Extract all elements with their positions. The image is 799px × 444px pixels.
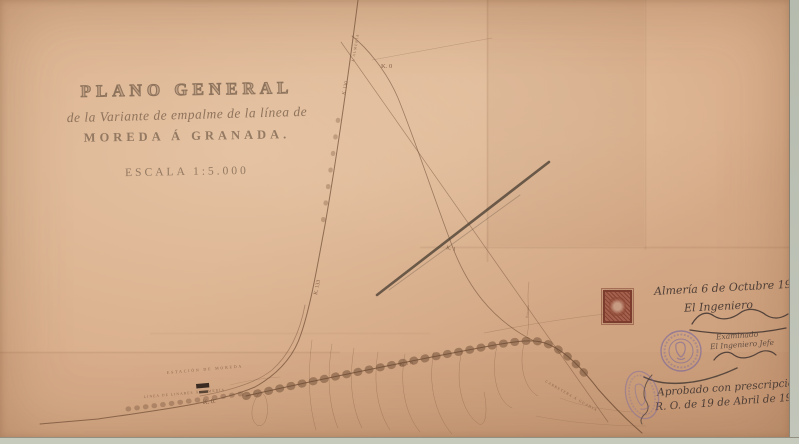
connection-curve: [352, 36, 534, 341]
label-station-moreda: ESTACIÓN DE MOREDA: [167, 363, 244, 375]
scan-edge-right: [789, 0, 799, 444]
plan-paper-sheet: K. 0 Á ALMERÍA K. 130 K. 133 K. 1 K. 1 ½…: [0, 0, 790, 438]
plan-title: PLANO GENERAL: [62, 78, 312, 102]
revenue-stamp-center: [609, 297, 626, 316]
plan-route-title: MOREDA Á GRANADA.: [62, 127, 312, 146]
revenue-stamp: [603, 290, 632, 323]
label-stream: Barranco: [525, 305, 530, 318]
plan-subtitle: de la Variante de empalme de la línea de: [62, 104, 312, 127]
label-km0-station: K. 0.: [203, 398, 217, 406]
label-km130: K. 130: [342, 81, 350, 96]
faint-line-east: [484, 313, 615, 333]
pencil-stroke-heavy: [377, 162, 549, 295]
label-road-guadix: CARRETERA Á GUADIX: [545, 379, 599, 413]
label-km1: K. 1: [446, 245, 457, 253]
label-km0-top: K. 0: [381, 63, 392, 70]
title-block: PLANO GENERAL de la Variante de empalme …: [62, 80, 312, 178]
railway-tick-marks-upper: [322, 120, 338, 228]
map-canvas: K. 0 Á ALMERÍA K. 130 K. 133 K. 1 K. 1 ½…: [0, 0, 799, 444]
scale-label: ESCALA 1:5.000: [62, 164, 312, 180]
faint-diagonal-top: [372, 38, 492, 60]
scanned-plan-document: K. 0 Á ALMERÍA K. 130 K. 133 K. 1 K. 1 ½…: [0, 0, 799, 444]
variant-line-stake-ticks: [246, 341, 586, 396]
label-km1-half: K. 1 ½: [400, 361, 414, 368]
pencil-stroke-light: [389, 195, 520, 290]
scan-edge-bottom: [0, 437, 799, 444]
